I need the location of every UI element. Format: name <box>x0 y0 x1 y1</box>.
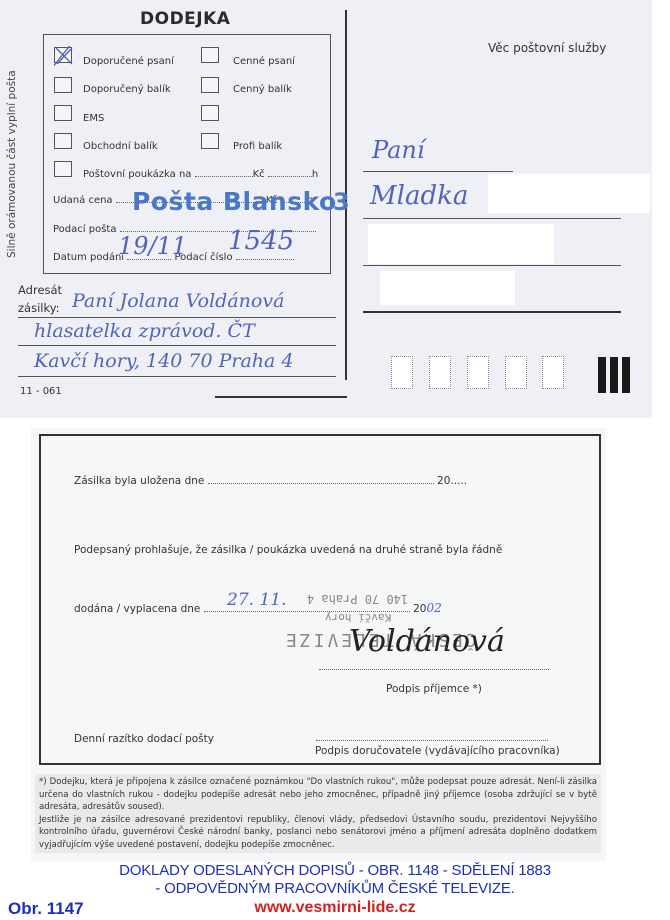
return-underline <box>363 171 513 172</box>
recipient-stamp-line: 140 70 Praha 4 <box>307 592 408 606</box>
field-label: Udaná cena <box>53 195 113 206</box>
check-mark-icon <box>54 46 74 66</box>
footnote-paragraph: Jestliže je na zásilce adresované prezid… <box>39 814 597 852</box>
checkbox-postovni-poukazka[interactable] <box>54 161 72 177</box>
stored-year: 20..... <box>437 475 467 487</box>
redaction-box <box>380 271 515 305</box>
checkbox-cenne-psani[interactable] <box>201 47 219 63</box>
address-underline <box>18 345 336 346</box>
checkbox-label: Profi balík <box>233 141 282 152</box>
checkbox-doporuceny-balik[interactable] <box>54 77 72 93</box>
checkbox-profi-balik[interactable] <box>201 133 219 149</box>
handwritten-date: 19/11 <box>118 232 187 260</box>
delivered-label: dodána / vyplacena dne <box>74 603 200 615</box>
signature-line <box>319 669 549 670</box>
recipient-stamp-line: Kavčí hory <box>325 611 391 624</box>
stored-label: Zásilka byla uložena dne <box>74 475 204 487</box>
form-title: DODEJKA <box>140 9 230 29</box>
h-suffix: h <box>312 169 318 180</box>
delivery-receipt-front: DODEJKA Silně orámovanou část vyplní poš… <box>0 0 652 418</box>
postcode-box[interactable] <box>467 356 489 389</box>
stored-date-row[interactable]: Zásilka byla uložena dne 20..... <box>74 475 467 487</box>
dotted-line <box>195 169 253 177</box>
checkbox-blank[interactable] <box>201 105 219 121</box>
recipient-signature: Voldánová <box>349 624 505 659</box>
checkbox-label: Cenný balík <box>233 84 292 95</box>
field-label: Datum podání <box>53 252 124 263</box>
caption-line-2: - ODPOVĚDNÝM PRACOVNÍKŮM ČESKÉ TELEVIZE. <box>0 880 670 897</box>
checkbox-label: EMS <box>83 113 104 124</box>
service-label: Věc poštovní služby <box>488 41 606 55</box>
redaction-box <box>488 174 650 213</box>
caption-line-1: DOKLADY ODESLANÝCH DOPISŮ - OBR. 1148 - … <box>0 862 670 879</box>
checkbox-label: Cenné psaní <box>233 56 295 67</box>
kc-suffix: Kč <box>253 169 265 180</box>
address-underline <box>18 317 336 318</box>
courier-signature-line[interactable] <box>316 740 548 741</box>
dotted-line <box>268 169 312 177</box>
daily-stamp-label: Denní razítko dodací pošty <box>74 733 214 745</box>
return-underline <box>363 311 621 313</box>
delivered-date: 27. 11. <box>227 590 286 610</box>
barcode-bar <box>622 357 630 393</box>
postcode-box[interactable] <box>391 356 413 389</box>
delivered-year-printed: 20 <box>413 603 426 615</box>
postcode-box[interactable] <box>542 356 564 389</box>
addressee-line-3: Kavčí hory, 140 70 Praha 4 <box>34 350 293 372</box>
checkbox-label: Doporučený balík <box>83 84 171 95</box>
checkbox-obchodni-balik[interactable] <box>54 133 72 149</box>
footnote-paragraph: *) Dodejku, která je připojena k zásilce… <box>39 776 597 814</box>
barcode-bar <box>598 357 606 393</box>
checkbox-label-text: Poštovní poukázka na <box>83 169 191 180</box>
form-number: 11 - 061 <box>20 386 62 397</box>
recipient-signature-label: Podpis příjemce *) <box>386 683 482 695</box>
return-underline <box>363 265 621 266</box>
footnote: *) Dodejku, která je připojena k zásilce… <box>35 774 601 853</box>
side-label: Silně orámovanou část vyplní pošta <box>6 70 18 258</box>
postcode-box[interactable] <box>505 356 527 389</box>
checkbox-label: Poštovní poukázka na Kč h <box>83 169 318 180</box>
addressee-label: Adresát <box>18 283 62 297</box>
delivered-year-hand: 02 <box>426 601 441 615</box>
delivery-receipt-back: Zásilka byla uložena dne 20..... Podepsa… <box>31 428 606 861</box>
checkbox-label: Doporučené psaní <box>83 56 174 67</box>
addressee-line-1: Paní Jolana Voldánová <box>72 290 284 312</box>
checkbox-cenny-balik[interactable] <box>201 77 219 93</box>
post-office-stamp: Pošta Blansko <box>132 187 337 216</box>
redaction-box <box>368 224 554 264</box>
dotted-line <box>208 476 434 484</box>
postcode-box[interactable] <box>429 356 451 389</box>
return-underline <box>363 218 621 219</box>
address-underline <box>18 376 336 377</box>
return-line-1: Paní <box>372 136 425 164</box>
website-link[interactable]: www.vesmirni-lide.cz <box>0 899 670 917</box>
return-line-2: Mladka <box>370 181 468 211</box>
courier-signature-label: Podpis doručovatele (vydávajícího pracov… <box>315 745 560 757</box>
frame-bottom-line <box>215 396 347 398</box>
stamp-number: 3 <box>333 188 350 216</box>
checkbox-label: Obchodní balík <box>83 141 158 152</box>
addressee-label-2: zásilky: <box>18 301 60 315</box>
handwritten-number: 1545 <box>228 226 294 256</box>
field-label: Podací pošta <box>53 224 116 235</box>
addressee-line-2: hlasatelka zprávod. ČT <box>34 320 255 342</box>
checkbox-ems[interactable] <box>54 105 72 121</box>
declaration-text: Podepsaný prohlašuje, že zásilka / pouká… <box>74 544 502 556</box>
barcode-bar <box>610 357 618 393</box>
